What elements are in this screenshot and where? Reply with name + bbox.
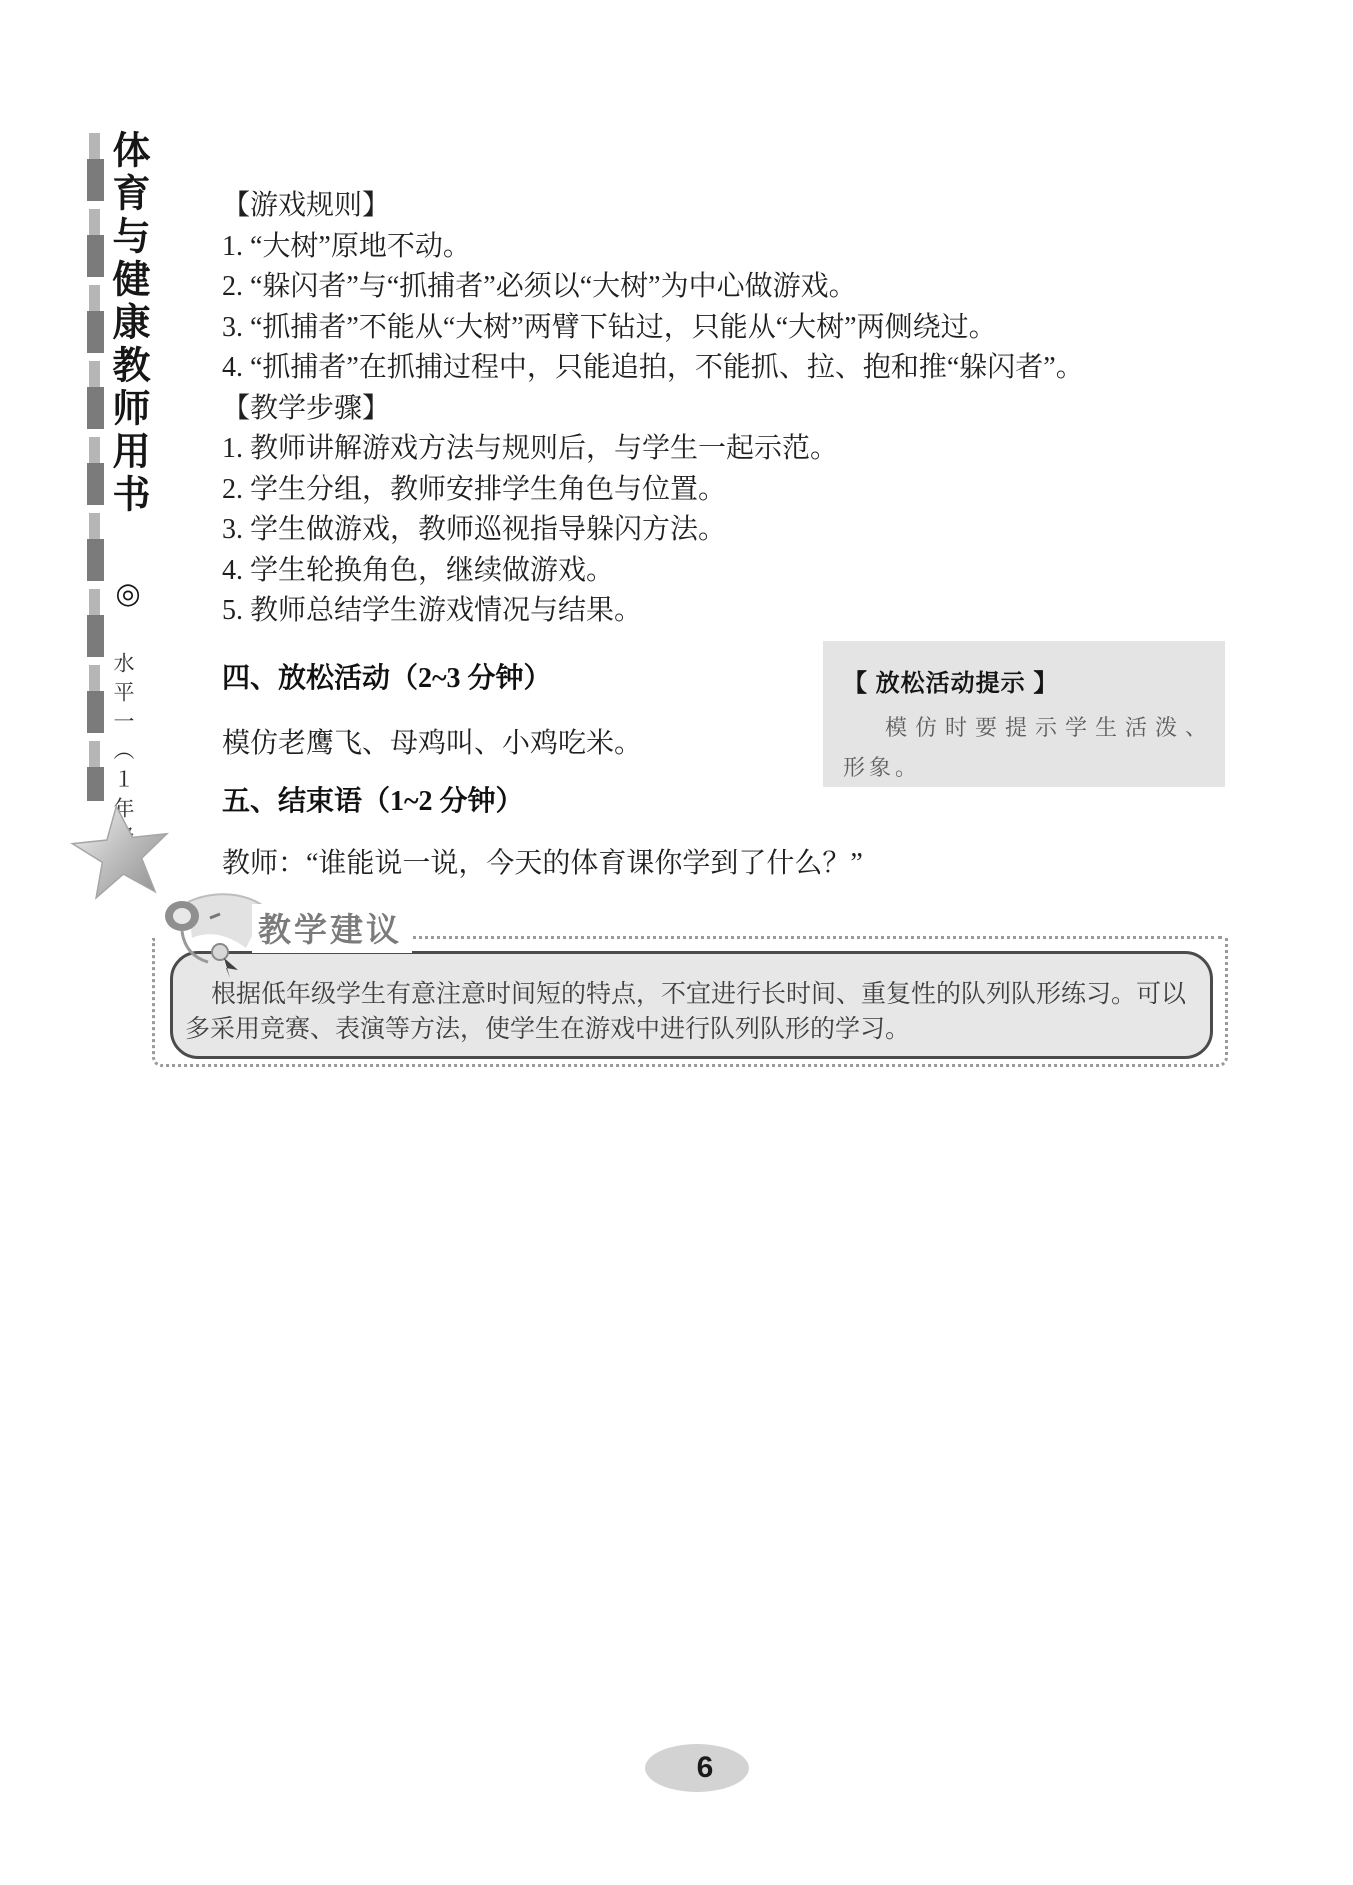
suggestion-text-line: 多采用竞赛、表演等方法，使学生在游戏中进行队列队形的学习。 xyxy=(173,1012,1210,1047)
book-title-mark: ◎ xyxy=(111,576,143,615)
suggestion-text-line: 根据低年级学生有意注意时间短的特点，不宜进行长时间、重复性的队列队形练习。可以 xyxy=(173,977,1210,1012)
section5-heading: 五、结束语（1~2 分钟） xyxy=(222,779,524,819)
book-title-text: 体育与健康教师用书 xyxy=(106,130,148,517)
tip-box-title: 【 放松活动提示 】 xyxy=(843,663,1225,698)
sidebar-bar-strip-light xyxy=(89,133,100,801)
tip-box: 【 放松活动提示 】 模仿时要提示学生活泼、 形象。 xyxy=(823,641,1225,787)
page-number-badge: 6 xyxy=(645,1744,749,1792)
section5-paragraph: 教师：“谁能说一说，今天的体育课你学到了什么？” xyxy=(222,841,863,881)
step-item: 1. 教师讲解游戏方法与规则后，与学生一起示范。 xyxy=(222,429,1202,470)
suggestion-title: 教学建议 xyxy=(252,904,412,953)
steps-header: 【教学步骤】 xyxy=(222,389,1202,430)
rule-item: 4. “抓捕者”在抓捕过程中，只能追拍，不能抓、拉、抱和推“躲闪者”。 xyxy=(222,348,1202,389)
step-item: 3. 学生做游戏，教师巡视指导躲闪方法。 xyxy=(222,510,1202,551)
rule-item: 2. “躲闪者”与“抓捕者”必须以“大树”为中心做游戏。 xyxy=(222,267,1202,308)
rules-header: 【游戏规则】 xyxy=(222,186,1202,227)
step-item: 5. 教师总结学生游戏情况与结果。 xyxy=(222,591,1202,632)
document-page: 体育与健康教师用书 ◎ 水平一（１年级） 【游戏规则】 1. “大树”原地不动。… xyxy=(0,0,1353,1885)
suggestion-box: 根据低年级学生有意注意时间短的特点，不宜进行长时间、重复性的队列队形练习。可以 … xyxy=(170,951,1213,1059)
book-title-vertical: 体育与健康教师用书 ◎ xyxy=(108,130,146,615)
rule-item: 3. “抓捕者”不能从“大树”两臂下钻过，只能从“大树”两侧绕过。 xyxy=(222,308,1202,349)
main-text-block: 【游戏规则】 1. “大树”原地不动。 2. “躲闪者”与“抓捕者”必须以“大树… xyxy=(222,186,1202,632)
step-item: 4. 学生轮换角色，继续做游戏。 xyxy=(222,551,1202,592)
rule-item: 1. “大树”原地不动。 xyxy=(222,227,1202,268)
step-item: 2. 学生分组，教师安排学生角色与位置。 xyxy=(222,470,1202,511)
section4-paragraph: 模仿老鹰飞、母鸡叫、小鸡吃米。 xyxy=(222,721,642,761)
page-number: 6 xyxy=(681,1751,714,1785)
tip-box-text-line: 模仿时要提示学生活泼、 xyxy=(823,711,1225,742)
tip-box-text-line: 形象。 xyxy=(823,751,1225,782)
section4-heading: 四、放松活动（2~3 分钟） xyxy=(222,656,552,696)
